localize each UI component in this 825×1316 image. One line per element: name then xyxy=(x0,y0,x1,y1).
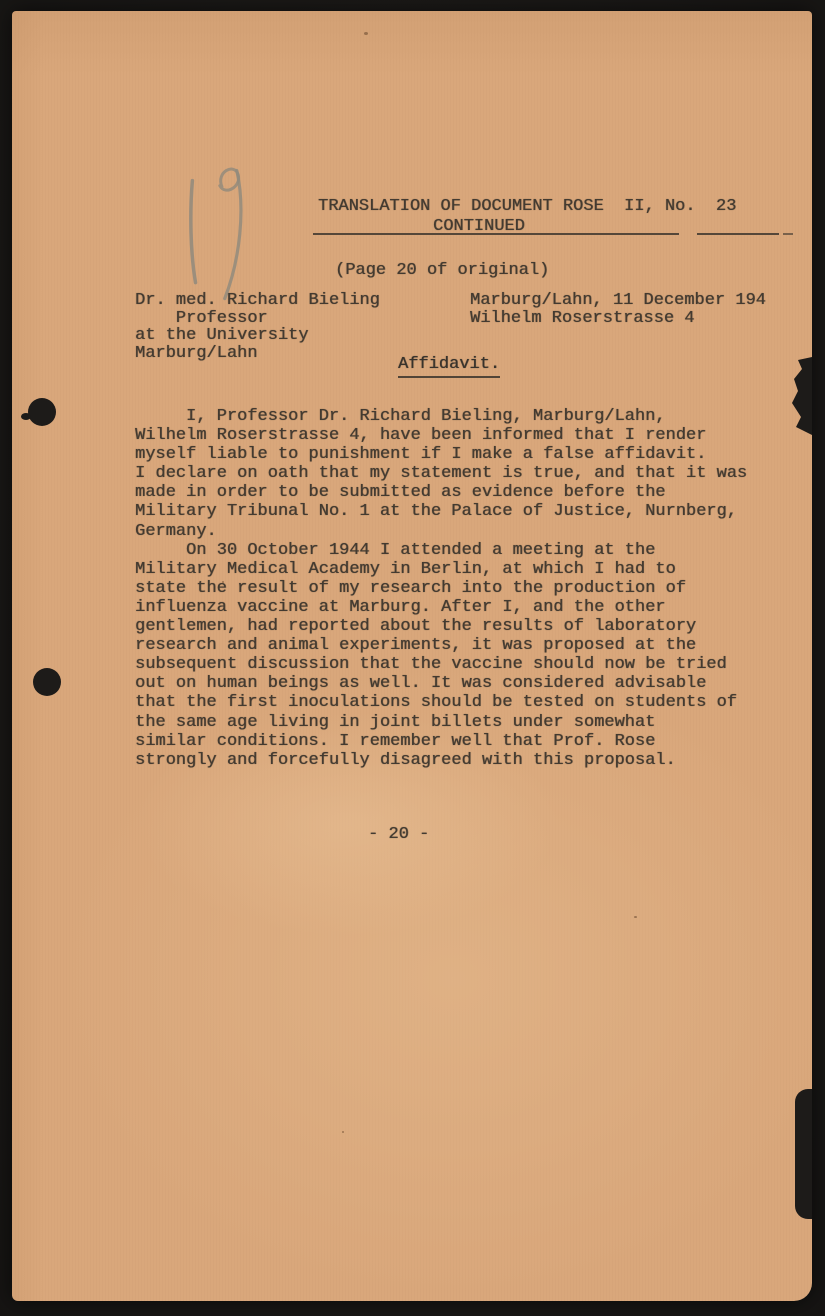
document-header-continued: CONTINUED xyxy=(433,217,525,236)
header-underline xyxy=(313,217,785,235)
document-page: 19 TRANSLATION OF DOCUMENT ROSE II, No. … xyxy=(12,11,812,1301)
paper-speck xyxy=(634,916,637,918)
scan-background: { "document": { "header": { "line1": "TR… xyxy=(0,0,825,1316)
punch-hole xyxy=(28,398,56,426)
paper-speck xyxy=(222,581,224,583)
page-reference: (Page 20 of original) xyxy=(335,261,549,280)
sender-address-block: Dr. med. Richard Bieling Professor at th… xyxy=(135,292,380,362)
affidavit-body: I, Professor Dr. Richard Bieling, Marbur… xyxy=(135,407,747,770)
handwritten-page-number xyxy=(157,155,277,307)
header-underline-segment xyxy=(783,233,793,235)
paper-tear xyxy=(786,357,812,435)
document-header-title: TRANSLATION OF DOCUMENT ROSE II, No. 23 xyxy=(318,197,736,216)
typed-page-number: - 20 - xyxy=(368,825,429,844)
header-underline-segment xyxy=(697,233,779,235)
paper-speck xyxy=(342,1131,344,1133)
punch-hole xyxy=(33,668,61,696)
place-date-block: Marburg/Lahn, 11 December 194 Wilhelm Ro… xyxy=(470,292,766,327)
affidavit-title: Affidavit. xyxy=(398,355,500,378)
handwritten-page-number-value: 19 xyxy=(12,11,13,12)
paper-stain-dark xyxy=(795,1089,812,1219)
paper-speck xyxy=(364,32,368,35)
